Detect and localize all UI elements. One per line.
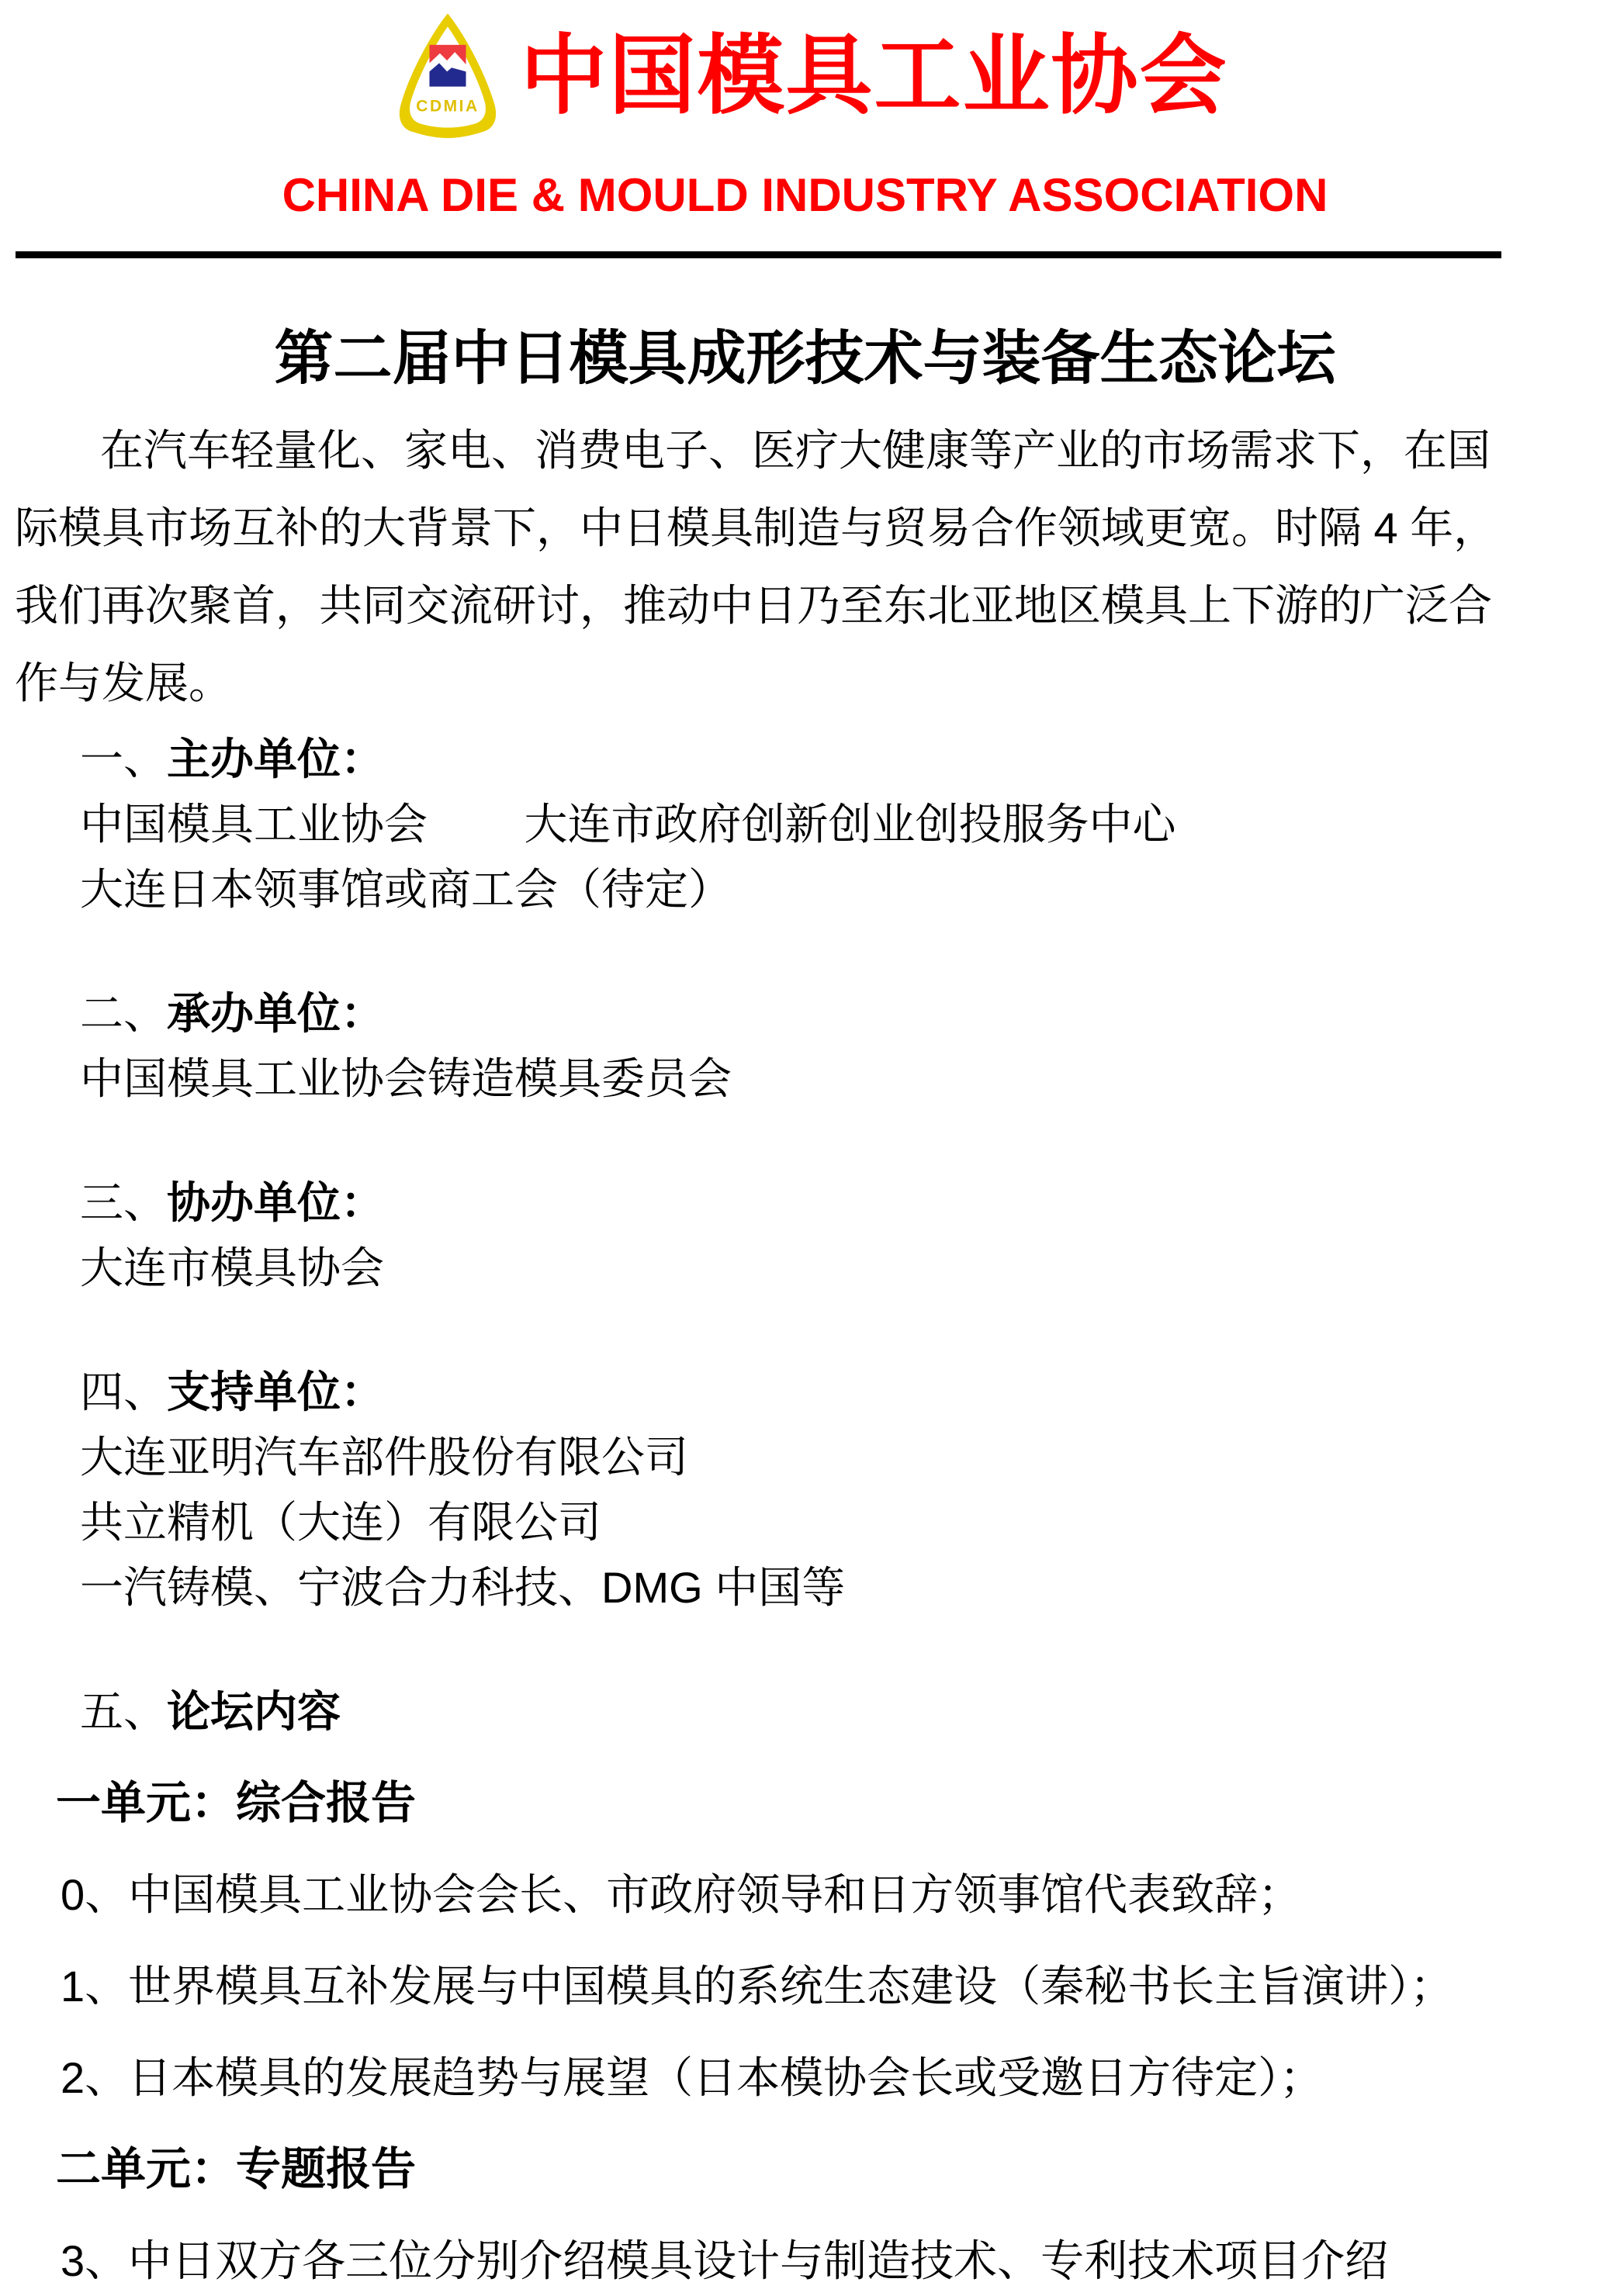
- section-supporters: 四、支持单位： 大连亚明汽车部件股份有限公司 共立精机（大连）有限公司 一汽铸模…: [80, 1360, 1610, 1620]
- section-title: 论坛内容: [167, 1687, 341, 1736]
- section-undertakers: 二、承办单位： 中国模具工业协会铸造模具委员会: [80, 981, 1610, 1112]
- section-line: 共立精机（大连）有限公司: [80, 1490, 1610, 1555]
- forum-item-0: 0、中国模具工业协会会长、市政府领导和日方领事馆代表致辞；: [61, 1862, 1594, 1928]
- section-number: 二、: [80, 989, 167, 1038]
- section-co-organizers: 三、协办单位： 大连市模具协会: [80, 1170, 1610, 1301]
- section-number: 四、: [80, 1368, 167, 1416]
- forum-unit2-title: 二单元：专题报告: [56, 2137, 1610, 2202]
- section-heading: 三、协办单位：: [80, 1170, 1610, 1236]
- section-heading: 五、论坛内容: [80, 1679, 1610, 1744]
- section-line: 中国模具工业协会 大连市政府创新创业创投服务中心: [80, 792, 1610, 857]
- section-title: 承办单位：: [167, 989, 384, 1038]
- org-name-chinese: 中国模具工业协会: [521, 33, 1228, 120]
- header: CDMIA 中国模具工业协会: [0, 0, 1610, 143]
- document-title: 第二届中日模具成形技术与装备生态论坛: [0, 327, 1610, 392]
- header-divider: [16, 251, 1501, 258]
- section-number: 一、: [80, 735, 167, 783]
- intro-paragraph: 在汽车轻量化、家电、消费电子、医疗大健康等产业的市场需求下，在国 际模具市场互补…: [15, 412, 1594, 722]
- intro-line: 在汽车轻量化、家电、消费电子、医疗大健康等产业的市场需求下，在国: [15, 412, 1594, 489]
- section-line: 大连亚明汽车部件股份有限公司: [80, 1425, 1610, 1490]
- section-heading: 一、主办单位：: [80, 727, 1610, 792]
- forum-item-1: 1、世界模具互补发展与中国模具的系统生态建设（秦秘书长主旨演讲）；: [61, 1954, 1594, 2019]
- forum-unit1-title: 一单元：综合报告: [56, 1771, 1610, 1836]
- section-title: 协办单位：: [167, 1178, 384, 1227]
- section-heading: 二、承办单位：: [80, 981, 1610, 1046]
- intro-line: 际模具市场互补的大背景下，中日模具制造与贸易合作领域更宽。时隔 4 年，: [15, 489, 1594, 567]
- org-name-english: CHINA DIE & MOULD INDUSTRY ASSOCIATION: [0, 171, 1610, 220]
- section-heading: 四、支持单位：: [80, 1360, 1610, 1425]
- forum-item-3: 3、中日双方各三位分别介绍模具设计与制造技术、专利技术项目介绍: [61, 2229, 1594, 2294]
- document-page: CDMIA 中国模具工业协会 CHINA DIE & MOULD INDUSTR…: [0, 0, 1610, 2296]
- section-organizers: 一、主办单位： 中国模具工业协会 大连市政府创新创业创投服务中心 大连日本领事馆…: [80, 727, 1610, 922]
- section-number: 三、: [80, 1178, 167, 1227]
- intro-line: 作与发展。: [15, 645, 1594, 722]
- section-title: 支持单位：: [167, 1368, 384, 1416]
- section-number: 五、: [80, 1687, 167, 1736]
- section-forum-content: 五、论坛内容: [80, 1679, 1610, 1744]
- section-title: 主办单位：: [167, 735, 384, 783]
- section-line: 大连市模具协会: [80, 1236, 1610, 1301]
- intro-line: 我们再次聚首，共同交流研讨，推动中日乃至东北亚地区模具上下游的广泛合: [15, 567, 1594, 645]
- cdmia-logo-icon: CDMIA: [383, 11, 513, 143]
- logo-acronym: CDMIA: [416, 98, 479, 116]
- forum-item-2: 2、日本模具的发展趋势与展望（日本模协会长或受邀日方待定）；: [61, 2045, 1594, 2111]
- sections: 一、主办单位： 中国模具工业协会 大连市政府创新创业创投服务中心 大连日本领事馆…: [0, 727, 1610, 2294]
- section-line: 大连日本领事馆或商工会（待定）: [80, 857, 1610, 922]
- section-line: 中国模具工业协会铸造模具委员会: [80, 1046, 1610, 1112]
- section-line: 一汽铸模、宁波合力科技、DMG 中国等: [80, 1555, 1610, 1620]
